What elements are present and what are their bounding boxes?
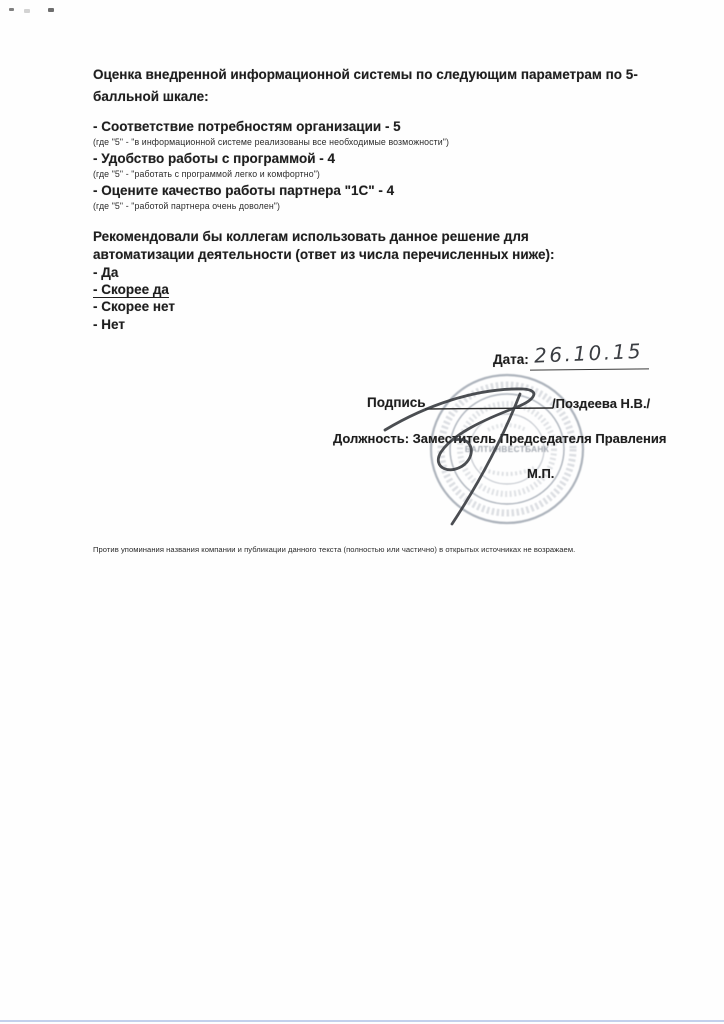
option-skoree-net: - Скорее нет — [93, 298, 175, 315]
option-da: - Да — [93, 264, 175, 281]
option-skoree-da-selected: - Скорее да — [93, 281, 175, 298]
scanned-document-page: Оценка внедренной информационной системы… — [0, 0, 724, 1024]
rating-item: - Оцените качество работы партнера "1С" … — [93, 182, 655, 214]
rating-item: - Соответствие потребностям организации … — [93, 118, 655, 150]
rating-note: (где "5" - "в информационной системе реа… — [93, 135, 655, 150]
recommend-question: Рекомендовали бы коллегам использовать д… — [93, 228, 621, 264]
rating-item: - Удобство работы с программой - 4 (где … — [93, 150, 655, 182]
options-list: - Да - Скорее да - Скорее нет - Нет — [93, 264, 175, 333]
scan-artifact — [48, 8, 54, 12]
signature-scrawl — [355, 372, 615, 532]
scan-artifact — [24, 9, 30, 13]
rating-label: - Оцените качество работы партнера "1С" … — [93, 182, 655, 199]
scan-edge-line — [0, 1020, 724, 1022]
ratings-list: - Соответствие потребностям организации … — [93, 118, 655, 214]
rating-label: - Соответствие потребностям организации … — [93, 118, 655, 135]
scan-artifact — [9, 8, 14, 11]
option-net: - Нет — [93, 316, 175, 333]
date-value-handwritten: 26.10.15 — [534, 338, 655, 367]
rating-label: - Удобство работы с программой - 4 — [93, 150, 655, 167]
rating-note: (где "5" - "работать с программой легко … — [93, 167, 655, 182]
signature-underline — [425, 408, 553, 409]
date-label: Дата: — [493, 352, 529, 367]
footer-note: Против упоминания названия компании и пу… — [93, 545, 575, 554]
intro-paragraph: Оценка внедренной информационной системы… — [93, 64, 655, 108]
rating-note: (где "5" - "работой партнера очень довол… — [93, 199, 655, 214]
